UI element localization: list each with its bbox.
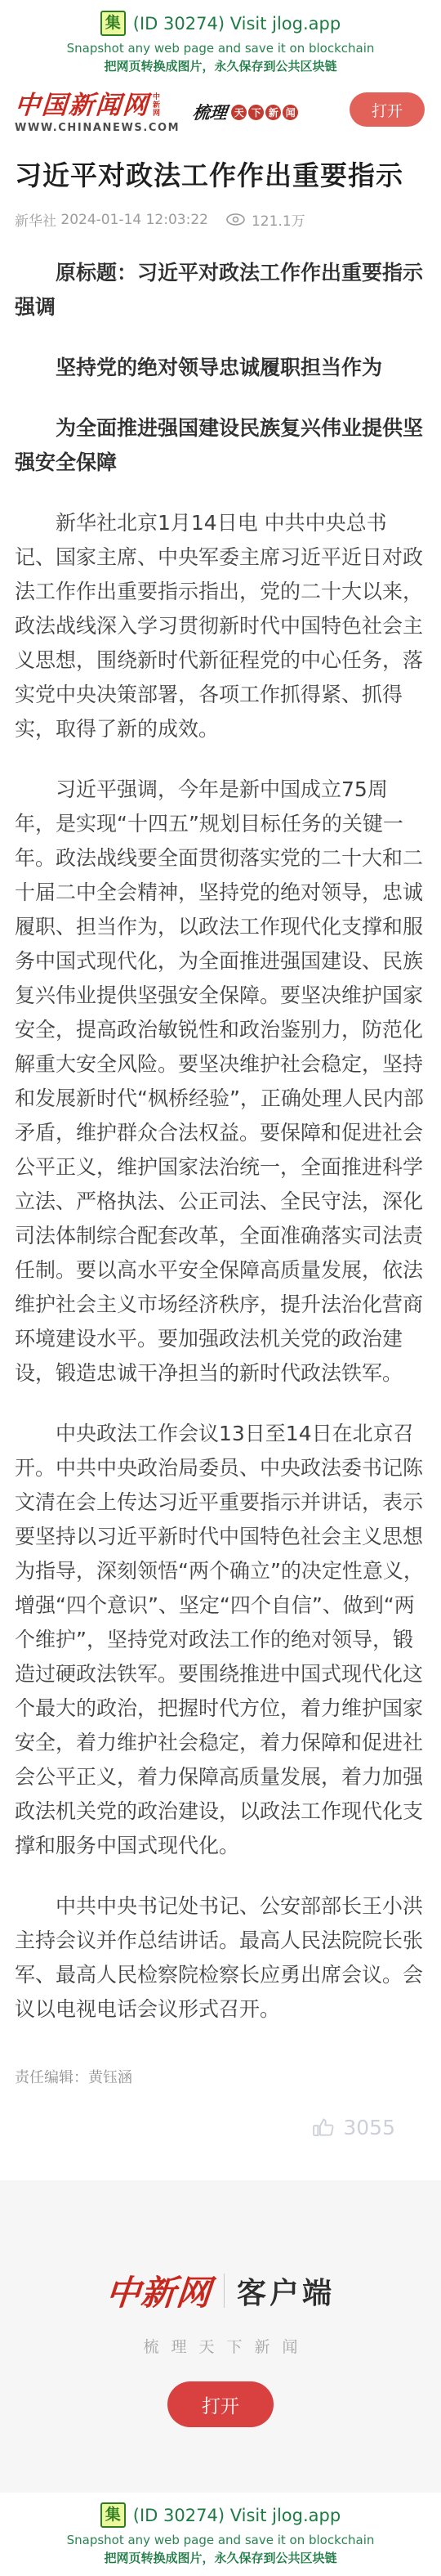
blockchain-banner-bottom: 集 (ID 30274) Visit jlog.app Snapshot any… bbox=[0, 2493, 441, 2576]
thumbs-up-icon bbox=[311, 2115, 336, 2139]
banner-link-text: (ID 30274) Visit jlog.app bbox=[133, 14, 341, 34]
paragraph-body-2: 习近平强调，今年是新中国成立75周年，是实现“十四五”规划目标任务的关键一年。政… bbox=[15, 773, 426, 1391]
seal-char-tian: 天 bbox=[231, 105, 247, 120]
chinanews-logo[interactable]: 中国新闻网 中 新 网 WWW.CHINANEWS.COM bbox=[15, 92, 180, 134]
like-count: 3055 bbox=[343, 2116, 395, 2139]
chinanews-logo-calligraphy: 中国新闻网 bbox=[14, 92, 150, 119]
seal-char-xin: 新 bbox=[265, 105, 281, 120]
site-header: 中国新闻网 中 新 网 WWW.CHINANEWS.COM 梳理 天 下 新 闻… bbox=[0, 82, 441, 150]
banner-subtitle-en: Snapshot any web page and save it on blo… bbox=[0, 2533, 441, 2547]
article-title: 习近平对政法工作作出重要指示 bbox=[15, 159, 426, 194]
article-meta: 新华社 2024-01-14 12:03:22 121.1万 bbox=[15, 209, 426, 230]
footer-client-label: 客户端 bbox=[237, 2270, 335, 2312]
chinanews-logo-side-text: 中 新 网 bbox=[153, 94, 160, 119]
article-datetime: 2024-01-14 12:03:22 bbox=[60, 212, 208, 228]
app-promo-footer: 中新网 客户端 梳理天下新闻 打开 bbox=[0, 2180, 441, 2493]
footer-slogan: 梳理天下新闻 bbox=[0, 2335, 441, 2357]
editor-credit: 责任编辑：黄钰涵 bbox=[15, 2066, 426, 2087]
blockchain-banner-link[interactable]: 集 (ID 30274) Visit jlog.app bbox=[0, 11, 441, 36]
slogan-prefix-text: 梳理 bbox=[192, 100, 229, 124]
slogan-seal-graphic: 梳理 天 下 新 闻 bbox=[193, 100, 298, 124]
article: 习近平对政法工作作出重要指示 新华社 2024-01-14 12:03:22 1… bbox=[0, 159, 441, 2140]
open-app-button-header[interactable]: 打开 bbox=[350, 92, 425, 127]
footer-logo-divider bbox=[224, 2274, 225, 2308]
jlog-icon: 集 bbox=[100, 11, 126, 36]
paragraph-original-title: 原标题：习近平对政法工作作出重要指示强调 bbox=[15, 256, 426, 325]
banner-subtitle-zh: 把网页转换成图片，永久保存到公共区块链 bbox=[0, 57, 441, 74]
paragraph-subhead-2: 为全面推进强国建设民族复兴伟业提供坚强安全保障 bbox=[15, 411, 426, 480]
eye-icon bbox=[226, 213, 245, 226]
paragraph-body-4: 中共中央书记处书记、公安部部长王小洪主持会议并作总结讲话。最高人民法院院长张军、… bbox=[15, 1889, 426, 2027]
footer-logo-calligraphy: 中新网 bbox=[104, 2266, 213, 2315]
paragraph-subhead-1: 坚持党的绝对领导忠诚履职担当作为 bbox=[15, 351, 426, 385]
paragraph-body-3: 中央政法工作会议13日至14日在北京召开。中共中央政治局委员、中央政法委书记陈文… bbox=[15, 1417, 426, 1863]
like-button[interactable]: 3055 bbox=[15, 2115, 395, 2139]
banner-subtitle-en: Snapshot any web page and save it on blo… bbox=[0, 41, 441, 56]
jlog-icon: 集 bbox=[100, 2502, 126, 2528]
blockchain-banner-top: 集 (ID 30274) Visit jlog.app Snapshot any… bbox=[0, 0, 441, 82]
paragraph-body-1: 新华社北京1月14日电 中共中央总书记、国家主席、中央军委主席习近平近日对政法工… bbox=[15, 506, 426, 746]
banner-link-text: (ID 30274) Visit jlog.app bbox=[133, 2506, 341, 2525]
article-source: 新华社 bbox=[15, 209, 56, 230]
chinanews-url: WWW.CHINANEWS.COM bbox=[15, 122, 180, 134]
seal-char-wen: 闻 bbox=[283, 105, 298, 120]
seal-char-xia: 下 bbox=[248, 105, 264, 120]
banner-subtitle-zh: 把网页转换成图片，永久保存到公共区块链 bbox=[0, 2549, 441, 2566]
blockchain-banner-link-bottom[interactable]: 集 (ID 30274) Visit jlog.app bbox=[0, 2502, 441, 2528]
view-count-value: 121.1万 bbox=[252, 209, 305, 230]
open-app-button-footer[interactable]: 打开 bbox=[167, 2381, 274, 2427]
view-count: 121.1万 bbox=[226, 209, 305, 230]
